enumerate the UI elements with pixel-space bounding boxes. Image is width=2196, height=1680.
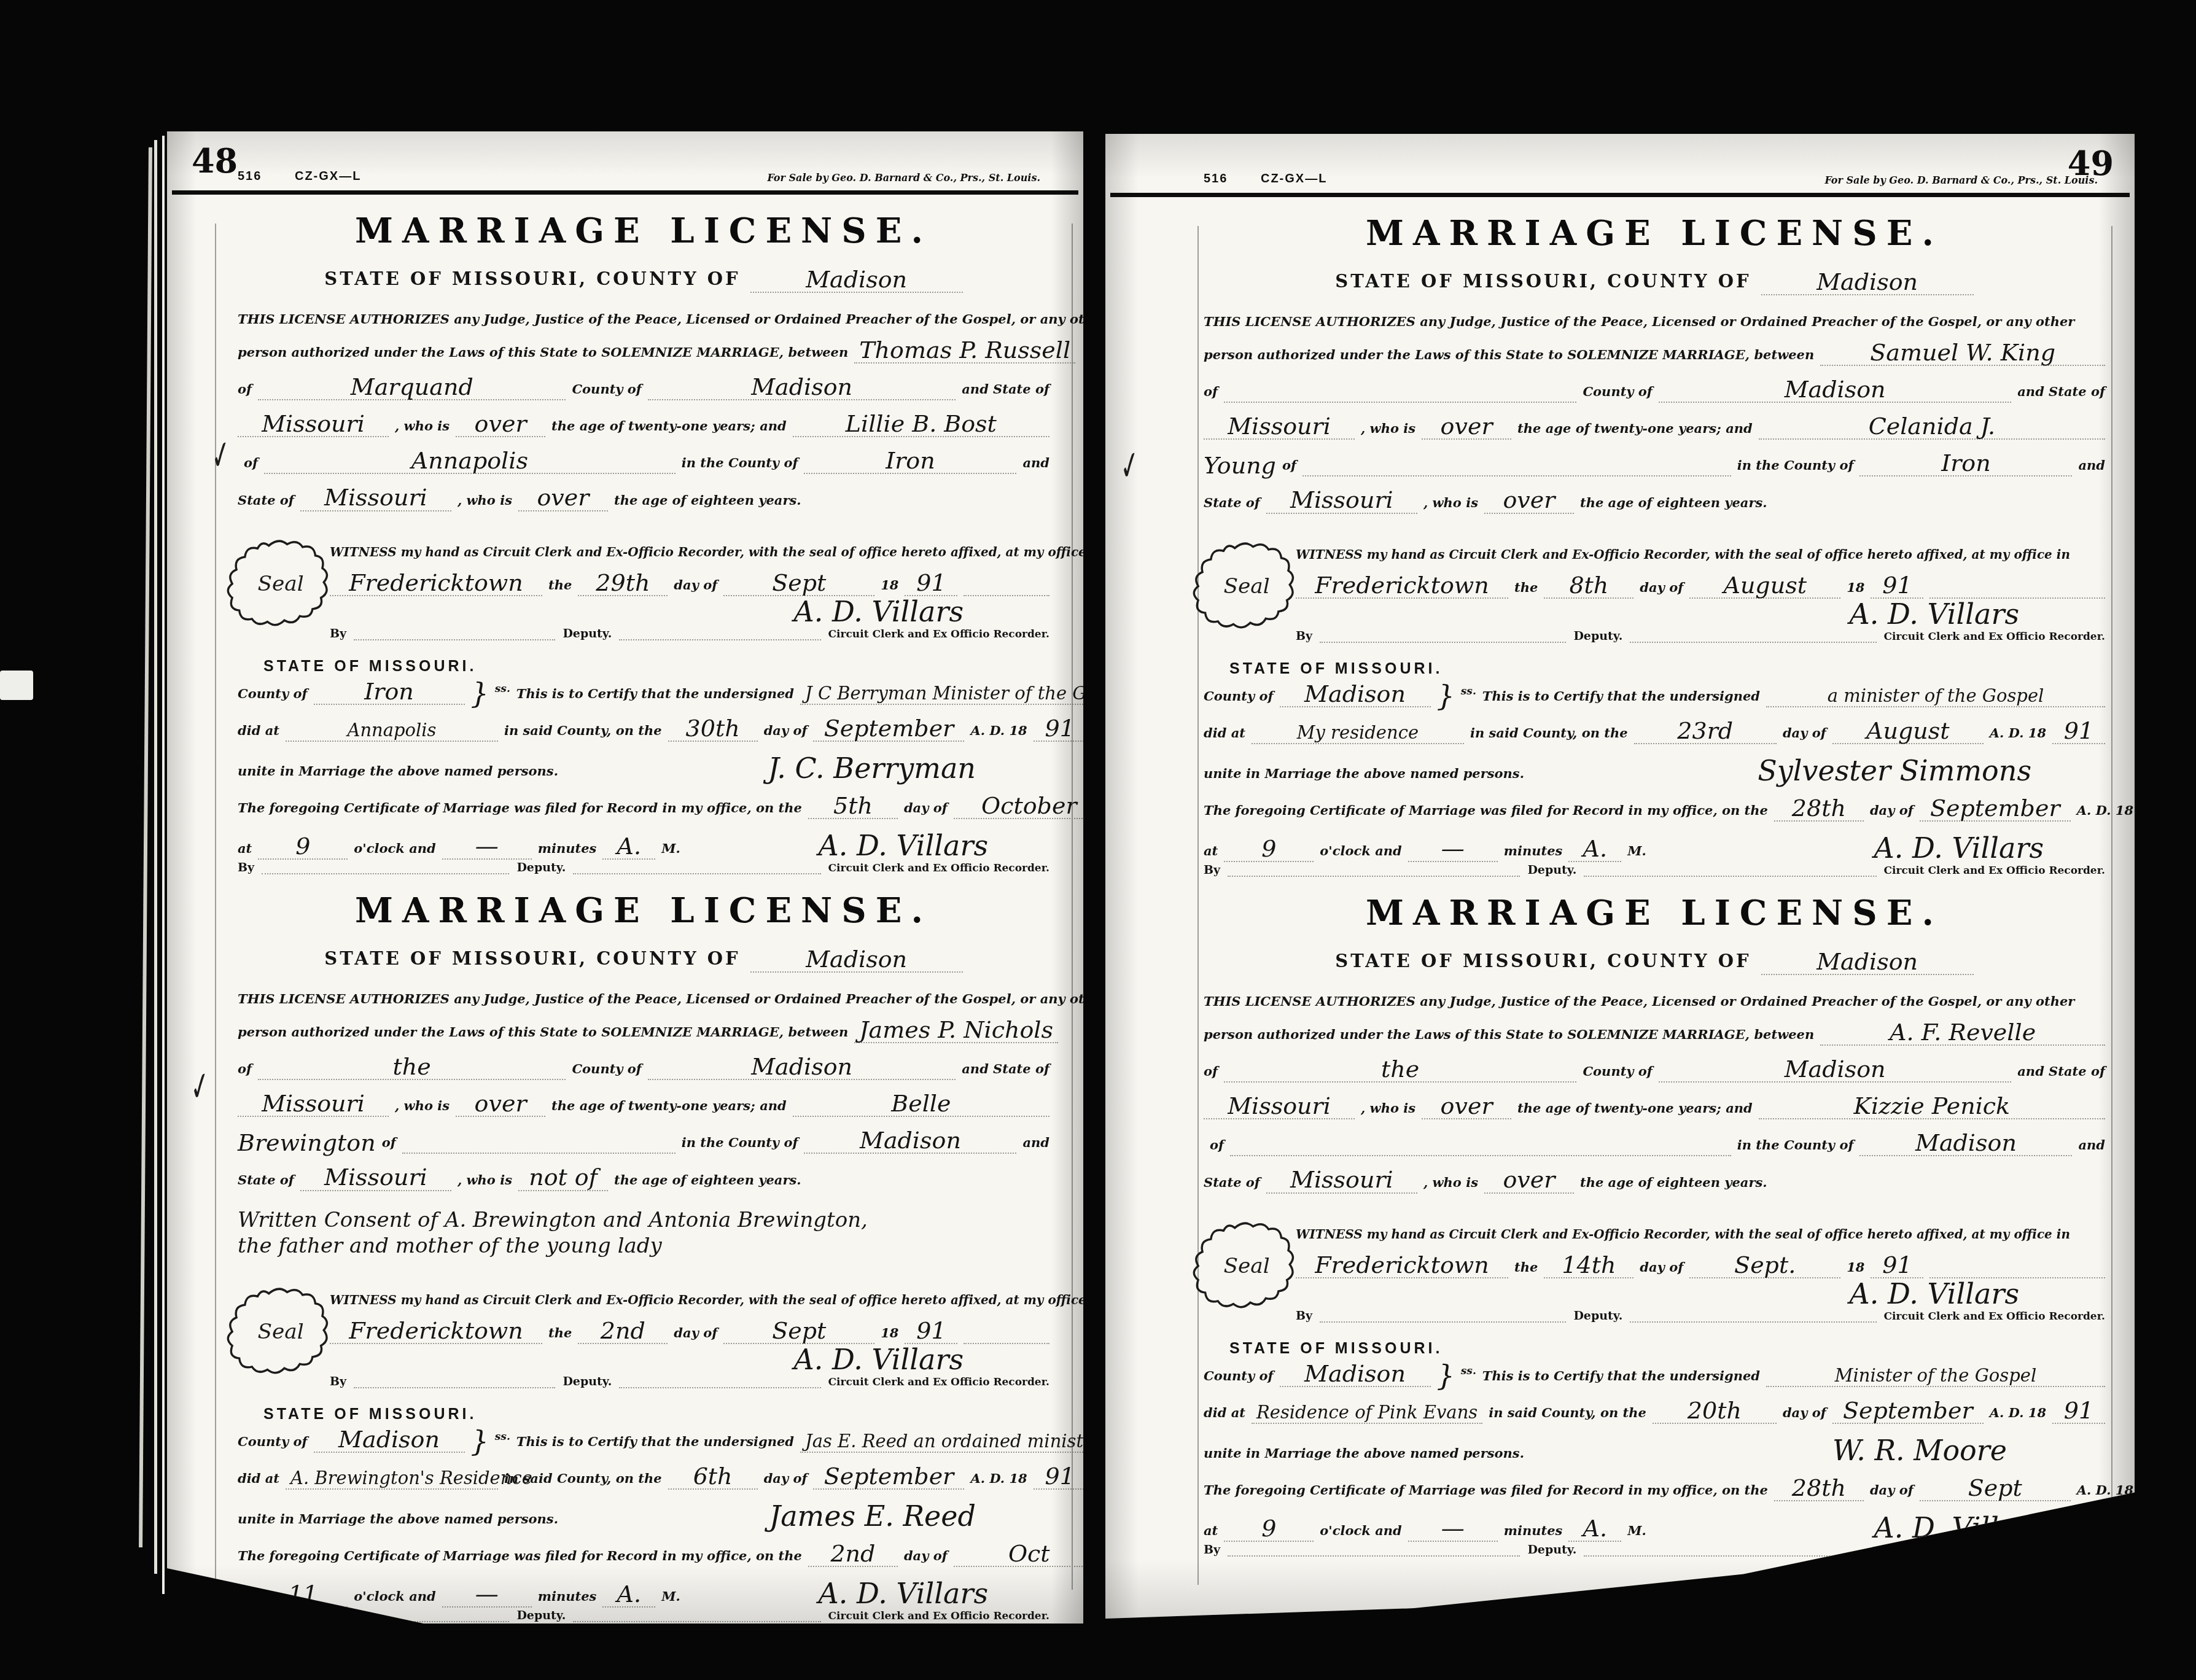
who-is-label: , who is: [395, 1098, 450, 1117]
bride-age-entry: over: [1484, 1169, 1574, 1193]
who-is-label: , who is: [457, 1172, 512, 1191]
in-said-county-label: in said County, on the: [504, 1471, 662, 1490]
bride-name-entry: Lillie B. Bost: [793, 413, 1049, 437]
marriage-month-entry: September: [813, 717, 964, 742]
did-at-label: did at: [1204, 1405, 1245, 1424]
book-page-left: 48 ✓ ✓ 516 CZ-GX—L For Sale by Geo. D. B…: [167, 131, 1083, 1624]
and-state-of-label: and State of: [962, 1061, 1049, 1080]
certificate-county-entry: Iron: [314, 680, 465, 705]
of-label: of: [238, 1061, 252, 1080]
authorizes-line: THIS LICENSE AUTHORIZES any Judge, Justi…: [1204, 314, 2105, 329]
meridiem-entry: A.: [1568, 838, 1621, 862]
age-18-label: the age of eighteen years.: [1580, 495, 1767, 514]
leader-line: [619, 636, 820, 640]
county-of-label: County of: [1583, 384, 1653, 403]
deputy-label: Deputy.: [1527, 1543, 1576, 1557]
witness-line: WITNESS my hand as Circuit Clerk and Ex-…: [330, 1293, 1049, 1307]
license-title: MARRIAGE LICENSE.: [238, 890, 1049, 931]
at-label: at: [1204, 1523, 1218, 1542]
deputy-label: Deputy.: [1573, 1309, 1622, 1323]
age-18-label: the age of eighteen years.: [614, 1172, 801, 1191]
m-label: M.: [661, 1589, 680, 1608]
authorizes-line: THIS LICENSE AUTHORIZES any Judge, Justi…: [1204, 994, 2105, 1009]
leader-line: [1630, 1318, 1876, 1323]
bride-county-entry: Iron: [1859, 452, 2072, 476]
filed-hour-entry: 9: [258, 835, 348, 860]
groom-state-entry: Missouri: [1204, 1095, 1355, 1119]
and-label: and: [1022, 1135, 1049, 1154]
clerk-title: Circuit Clerk and Ex Officio Recorder.: [828, 1610, 1049, 1622]
clerk-title: Circuit Clerk and Ex Officio Recorder.: [1884, 865, 2105, 877]
county-of-label: County of: [1583, 1064, 1653, 1083]
license-title: MARRIAGE LICENSE.: [1204, 213, 2105, 254]
header-rule: [172, 190, 1078, 195]
officiant-signature: James E. Reed: [769, 1502, 1049, 1530]
groom-age-entry: over: [1422, 415, 1511, 440]
certify-label: This is to Certify that the undersigned: [516, 1434, 794, 1453]
county-of-label: County of: [238, 1434, 308, 1453]
minutes-label: minutes: [1504, 843, 1563, 862]
page-edge-line: [139, 147, 152, 1547]
printer-credit: For Sale by Geo. D. Barnard & Co., Prs.,…: [767, 172, 1040, 184]
leader-line: [354, 636, 555, 640]
between-line: person authorized under the Laws of this…: [1204, 347, 1814, 366]
officiant-entry: Minister of the Gospel: [1766, 1367, 2105, 1387]
witness-year-entry: 91: [905, 1320, 957, 1344]
did-at-label: did at: [238, 723, 279, 742]
year-prefix: 18: [1847, 580, 1864, 599]
authorizes-line: THIS LICENSE AUTHORIZES any Judge, Justi…: [238, 311, 1049, 327]
groom-county-entry: Madison: [648, 1056, 956, 1080]
witness-month-entry: Sept: [723, 572, 874, 596]
oclock-label: o'clock and: [354, 841, 435, 860]
filed-month-entry: Oct: [954, 1542, 1083, 1567]
bride-residence-entry: [402, 1151, 676, 1154]
bride-name-overflow: Brewington: [238, 1132, 376, 1154]
by-label: By: [1204, 863, 1220, 877]
age-18-label: the age of eighteen years.: [1580, 1175, 1767, 1194]
filed-minutes-entry: —: [442, 1583, 532, 1608]
who-is-label: , who is: [1361, 421, 1415, 440]
officiant-entry: Jas E. Reed an ordained minister: [800, 1433, 1083, 1453]
leader-line: [262, 1618, 509, 1622]
year-prefix: 18: [881, 1325, 898, 1344]
witness-day-entry: 2nd: [578, 1320, 668, 1344]
certify-label: This is to Certify that the undersigned: [1482, 1368, 1760, 1387]
bride-county-entry: Madison: [1859, 1132, 2072, 1156]
marriage-day-entry: 30th: [668, 717, 758, 742]
groom-name-entry: James P. Nichols: [854, 1019, 1058, 1043]
oclock-label: o'clock and: [1320, 1523, 1401, 1542]
state-county-heading: STATE OF MISSOURI, COUNTY OF: [324, 948, 740, 973]
the-label: the: [1514, 1259, 1538, 1278]
meridiem-entry: A.: [602, 1583, 655, 1608]
deputy-label: Deputy.: [1573, 629, 1622, 643]
certificate-county-entry: Madison: [314, 1428, 465, 1453]
officiant-signature: J. C. Berryman: [768, 754, 1049, 782]
leader-line: [573, 1618, 820, 1622]
groom-age-entry: over: [456, 1092, 545, 1117]
the-label: the: [1514, 580, 1538, 599]
license-title: MARRIAGE LICENSE.: [238, 211, 1049, 251]
witness-line: WITNESS my hand as Circuit Clerk and Ex-…: [1296, 1227, 2105, 1242]
bride-residence-entry: Annapolis: [264, 449, 676, 474]
witness-day-entry: 14th: [1544, 1254, 1633, 1278]
day-of-label: day of: [904, 1548, 948, 1567]
groom-state-entry: Missouri: [238, 413, 389, 437]
of-label: of: [1282, 457, 1296, 476]
filed-month-entry: September: [1920, 797, 2071, 822]
county-entry: Madison: [1761, 271, 1974, 295]
bride-state-entry: Missouri: [1266, 1169, 1417, 1193]
filed-hour-entry: 9: [1224, 1517, 1314, 1542]
ad-prefix-label: A. D. 18: [2077, 803, 2133, 822]
clerk-title: Circuit Clerk and Ex Officio Recorder.: [828, 1376, 1049, 1388]
witness-place-entry: Fredericktown: [330, 572, 542, 596]
age-21-label: the age of twenty-one years; and: [551, 418, 787, 437]
filed-month-entry: Sept: [1920, 1477, 2071, 1501]
license-title: MARRIAGE LICENSE.: [1204, 893, 2105, 933]
state-county-heading: STATE OF MISSOURI, COUNTY OF: [324, 268, 740, 293]
ad-prefix-label: A. D. 18: [1990, 1405, 2046, 1424]
who-is-label: , who is: [1423, 495, 1478, 514]
leader-line: [262, 870, 509, 874]
who-is-label: , who is: [395, 418, 450, 437]
m-label: M.: [1627, 1523, 1646, 1542]
witness-place-entry: Fredericktown: [1296, 574, 1508, 599]
did-at-label: did at: [238, 1471, 279, 1490]
witness-year-entry: 91: [1871, 1254, 1923, 1278]
county-entry: Madison: [750, 268, 963, 293]
bride-state-entry: Missouri: [300, 1166, 451, 1191]
form-header: 516 CZ-GX—L For Sale by Geo. D. Barnard …: [1105, 134, 2135, 190]
day-of-label: day of: [904, 800, 948, 819]
marriage-year-entry: 91: [1034, 717, 1083, 742]
filed-day-entry: 28th: [1774, 797, 1864, 822]
witness-line: WITNESS my hand as Circuit Clerk and Ex-…: [330, 545, 1049, 559]
ss-label: ss.: [495, 1431, 510, 1453]
who-is-label: , who is: [1361, 1100, 1415, 1119]
filed-day-entry: 2nd: [808, 1542, 898, 1567]
form-stock-line: 516 CZ-GX—L: [238, 169, 361, 184]
age-21-label: the age of twenty-one years; and: [551, 1098, 787, 1117]
state-county-row: STATE OF MISSOURI, COUNTY OF Madison: [1204, 951, 2105, 975]
by-label: By: [238, 861, 254, 874]
day-of-label: day of: [1640, 580, 1683, 599]
county-entry: Madison: [1761, 951, 1974, 975]
state-county-row: STATE OF MISSOURI, COUNTY OF Madison: [238, 268, 1049, 293]
age-21-label: the age of twenty-one years; and: [1517, 421, 1753, 440]
witness-year-entry: 91: [1871, 574, 1923, 599]
groom-age-entry: over: [456, 413, 545, 437]
in-county-of-label: in the County of: [1737, 1137, 1854, 1156]
witness-month-entry: Sept: [723, 1320, 874, 1344]
form-code: CZ-GX—L: [1261, 172, 1327, 185]
state-of-label: State of: [1204, 1175, 1260, 1194]
in-county-of-label: in the County of: [1737, 457, 1854, 476]
county-of-label: County of: [572, 381, 642, 400]
bride-state-entry: Missouri: [300, 486, 451, 511]
groom-name-entry: Thomas P. Russell: [854, 339, 1075, 364]
clerk-title: Circuit Clerk and Ex Officio Recorder.: [828, 862, 1049, 874]
the-label: the: [548, 1325, 572, 1344]
unite-label: unite in Marriage the above named person…: [1204, 1445, 1524, 1464]
by-label: By: [238, 1609, 254, 1622]
state-of-label: State of: [238, 1172, 294, 1191]
witness-place-entry: Fredericktown: [330, 1320, 542, 1344]
in-said-county-label: in said County, on the: [504, 723, 662, 742]
leader-line: [619, 1384, 820, 1388]
bride-county-entry: Iron: [804, 449, 1016, 474]
witness-section: Seal WITNESS my hand as Circuit Clerk an…: [1204, 547, 2105, 643]
header-rule: [1110, 193, 2130, 197]
of-label: of: [1210, 1137, 1224, 1156]
marriage-year-entry: 91: [1034, 1465, 1083, 1490]
in-county-of-label: in the County of: [682, 1135, 798, 1154]
state-of-missouri-label: STATE OF MISSOURI.: [263, 1406, 1049, 1423]
groom-state-entry: Missouri: [1204, 415, 1355, 440]
groom-residence-entry: [1224, 400, 1576, 403]
of-label: of: [382, 1135, 396, 1154]
in-county-of-label: in the County of: [682, 455, 798, 474]
bride-name-entry: Kizzie Penick: [1759, 1095, 2105, 1119]
brace-glyph: }: [1437, 685, 1455, 707]
certify-label: This is to Certify that the undersigned: [1482, 688, 1760, 707]
consent-note-line: Written Consent of A. Brewington and Ant…: [238, 1207, 1049, 1234]
by-label: By: [330, 627, 346, 640]
leader-line: [1320, 639, 1566, 643]
filed-minutes-entry: —: [1408, 1517, 1498, 1542]
groom-name-entry: Samuel W. King: [1820, 341, 2105, 366]
leader-line: [1228, 1552, 1520, 1557]
state-county-row: STATE OF MISSOURI, COUNTY OF Madison: [238, 948, 1049, 973]
groom-residence-entry: the: [1224, 1058, 1576, 1083]
age-21-label: the age of twenty-one years; and: [1517, 1100, 1753, 1119]
marriage-month-entry: August: [1832, 720, 1984, 744]
marriage-license-record: MARRIAGE LICENSE. STATE OF MISSOURI, COU…: [1105, 213, 2135, 877]
minutes-label: minutes: [538, 1589, 597, 1608]
marriage-year-entry: 91: [2052, 1399, 2105, 1424]
groom-county-entry: Madison: [1659, 378, 2011, 403]
form-stock-line: 516 CZ-GX—L: [1204, 172, 1327, 186]
certificate-section: STATE OF MISSOURI. County of Iron } ss. …: [238, 658, 1049, 874]
witness-section: Seal WITNESS my hand as Circuit Clerk an…: [238, 545, 1049, 640]
page-number: 49: [2068, 144, 2114, 183]
bride-name-overflow: Young: [1204, 454, 1276, 476]
certificate-section: STATE OF MISSOURI. County of Madison } s…: [1204, 1340, 2105, 1557]
stock-number: 516: [238, 169, 262, 183]
filed-label: The foregoing Certificate of Marriage wa…: [238, 1548, 802, 1567]
leader-line: [964, 1340, 1049, 1344]
day-of-label: day of: [674, 1325, 717, 1344]
state-county-row: STATE OF MISSOURI, COUNTY OF Madison: [1204, 271, 2105, 295]
scan-artifact: [0, 671, 33, 700]
year-prefix: 18: [1847, 1259, 1864, 1278]
clerk-signature: A. D. Villars: [1874, 834, 2105, 862]
brace-glyph: }: [471, 1430, 489, 1453]
brace-glyph: }: [1437, 1364, 1455, 1387]
county-of-label: County of: [1204, 688, 1274, 707]
clerk-signature: A. D. Villars: [1849, 1280, 2019, 1308]
witness-month-entry: Sept.: [1689, 1254, 1840, 1278]
day-of-label: day of: [674, 577, 717, 596]
officiant-signature: W. R. Moore: [1832, 1436, 2105, 1464]
marriage-place-entry: My residence: [1252, 725, 1464, 744]
unite-label: unite in Marriage the above named person…: [238, 1511, 558, 1530]
marriage-year-entry: 91: [2052, 720, 2105, 744]
day-of-label: day of: [1783, 1405, 1826, 1424]
filed-label: The foregoing Certificate of Marriage wa…: [238, 800, 802, 819]
state-county-heading: STATE OF MISSOURI, COUNTY OF: [1335, 951, 1751, 975]
bride-county-entry: Madison: [804, 1129, 1016, 1154]
marriage-day-entry: 23rd: [1634, 720, 1777, 744]
bride-name-entry: Belle: [793, 1092, 1049, 1117]
marriage-license-record: MARRIAGE LICENSE. STATE OF MISSOURI, COU…: [1105, 893, 2135, 1557]
groom-county-entry: Madison: [648, 376, 956, 400]
m-label: M.: [661, 841, 680, 860]
state-county-heading: STATE OF MISSOURI, COUNTY OF: [1335, 271, 1751, 295]
certificate-county-entry: Madison: [1280, 1363, 1431, 1387]
who-is-label: , who is: [1423, 1175, 1478, 1194]
leader-line: [1630, 639, 1876, 643]
day-of-label: day of: [1870, 803, 1914, 822]
page-edge-line: [162, 136, 165, 1594]
marriage-place-entry: Annapolis: [286, 722, 498, 742]
seal-doodle: Seal: [1193, 1217, 1298, 1314]
witness-year-entry: 91: [905, 572, 957, 596]
groom-age-entry: over: [1422, 1095, 1511, 1119]
of-label: of: [244, 455, 258, 474]
brace-glyph: }: [471, 682, 489, 705]
ad-prefix-label: A. D. 18: [970, 723, 1027, 742]
seal-label: Seal: [257, 1320, 303, 1344]
filed-label: The foregoing Certificate of Marriage wa…: [1204, 803, 1768, 822]
bride-state-entry: Missouri: [1266, 489, 1417, 513]
county-of-label: County of: [1204, 1368, 1274, 1387]
did-at-label: did at: [1204, 725, 1245, 744]
state-of-label: State of: [1204, 495, 1260, 514]
deputy-label: Deputy.: [516, 1609, 566, 1622]
day-of-label: day of: [1870, 1482, 1914, 1501]
page-edge-line: [154, 140, 157, 1574]
and-label: and: [2078, 457, 2105, 476]
witness-section: Seal WITNESS my hand as Circuit Clerk an…: [238, 1293, 1049, 1388]
book-page-right: 49 ✓ 516 CZ-GX—L For Sale by Geo. D. Bar…: [1105, 134, 2135, 1619]
witness-line: WITNESS my hand as Circuit Clerk and Ex-…: [1296, 547, 2105, 562]
bride-age-entry: over: [1484, 489, 1574, 513]
stock-number: 516: [1204, 172, 1228, 185]
officiant-signature: Sylvester Simmons: [1758, 756, 2105, 785]
marriage-day-entry: 20th: [1653, 1399, 1777, 1424]
day-of-label: day of: [764, 723, 808, 742]
meridiem-entry: A.: [602, 835, 655, 860]
the-label: the: [548, 577, 572, 596]
page-number: 48: [192, 141, 238, 181]
between-line: person authorized under the Laws of this…: [238, 344, 848, 364]
clerk-title: Circuit Clerk and Ex Officio Recorder.: [1884, 1544, 2105, 1557]
bride-residence-entry: [1302, 474, 1731, 476]
clerk-title: Circuit Clerk and Ex Officio Recorder.: [828, 628, 1049, 640]
at-label: at: [238, 841, 252, 860]
and-label: and: [1022, 455, 1049, 474]
filed-hour-entry: 9: [1224, 838, 1314, 862]
leader-line: [1584, 1552, 1876, 1557]
witness-place-entry: Fredericktown: [1296, 1254, 1508, 1278]
county-entry: Madison: [750, 948, 963, 973]
witness-day-entry: 29th: [578, 572, 668, 596]
ss-label: ss.: [1461, 1365, 1476, 1387]
between-line: person authorized under the Laws of this…: [238, 1024, 848, 1043]
marriage-month-entry: September: [813, 1465, 964, 1490]
clerk-signature: A. D. Villars: [818, 1579, 1049, 1608]
by-label: By: [330, 1375, 346, 1388]
unite-label: unite in Marriage the above named person…: [238, 763, 558, 782]
at-label: at: [1204, 843, 1218, 862]
clerk-title: Circuit Clerk and Ex Officio Recorder.: [1884, 1310, 2105, 1323]
m-label: M.: [1627, 843, 1646, 862]
day-of-label: day of: [1640, 1259, 1683, 1278]
ad-prefix-label: A. D. 18: [2077, 1482, 2133, 1501]
oclock-label: o'clock and: [354, 1589, 435, 1608]
state-of-label: State of: [238, 492, 294, 511]
leader-line: [1320, 1318, 1566, 1323]
deputy-label: Deputy.: [1527, 863, 1576, 877]
seal-doodle: Seal: [227, 1283, 332, 1380]
seal-label: Seal: [1223, 574, 1269, 599]
bride-name-entry: Celanida J.: [1759, 415, 2105, 440]
officiant-entry: a minister of the Gospel: [1766, 688, 2105, 707]
groom-residence-entry: Marquand: [258, 376, 566, 400]
unite-label: unite in Marriage the above named person…: [1204, 766, 1524, 785]
clerk-signature: A. D. Villars: [818, 831, 1049, 860]
minutes-label: minutes: [1504, 1523, 1563, 1542]
by-label: By: [1296, 629, 1312, 643]
county-of-label: County of: [238, 686, 308, 705]
at-label: at: [238, 1589, 252, 1608]
marriage-month-entry: September: [1832, 1399, 1984, 1424]
in-said-county-label: in said County, on the: [1470, 725, 1628, 744]
groom-county-entry: Madison: [1659, 1058, 2011, 1083]
clerk-title: Circuit Clerk and Ex Officio Recorder.: [1884, 631, 2105, 643]
by-label: By: [1296, 1309, 1312, 1323]
filed-label: The foregoing Certificate of Marriage wa…: [1204, 1482, 1768, 1501]
seal-doodle: Seal: [1193, 537, 1298, 634]
consent-note-line: the father and mother of the young lady: [238, 1233, 1049, 1259]
form-code: CZ-GX—L: [295, 169, 361, 183]
age-18-label: the age of eighteen years.: [614, 492, 801, 511]
filed-day-entry: 28th: [1774, 1477, 1864, 1501]
state-of-missouri-label: STATE OF MISSOURI.: [263, 658, 1049, 675]
oclock-label: o'clock and: [1320, 843, 1401, 862]
year-prefix: 18: [881, 577, 898, 596]
form-header: 516 CZ-GX—L For Sale by Geo. D. Barnard …: [167, 131, 1083, 187]
marriage-license-record: MARRIAGE LICENSE. STATE OF MISSOURI, COU…: [167, 890, 1083, 1622]
officiant-entry: J C Berryman Minister of the Gospel: [800, 685, 1083, 705]
witness-month-entry: August: [1689, 574, 1840, 599]
printer-credit: For Sale by Geo. D. Barnard & Co., Prs.,…: [1824, 174, 2098, 186]
day-of-label: day of: [764, 1471, 808, 1490]
marriage-place-entry: Residence of Pink Evans: [1252, 1404, 1482, 1424]
filed-minutes-entry: —: [1408, 838, 1498, 862]
leader-line: [1228, 873, 1520, 877]
clerk-signature: A. D. Villars: [1849, 600, 2019, 628]
deputy-label: Deputy.: [563, 627, 612, 640]
authorizes-line: THIS LICENSE AUTHORIZES any Judge, Justi…: [238, 991, 1049, 1006]
groom-residence-entry: the: [258, 1056, 566, 1080]
and-label: and: [2078, 1137, 2105, 1156]
marriage-license-record: MARRIAGE LICENSE. STATE OF MISSOURI, COU…: [167, 211, 1083, 874]
state-of-missouri-label: STATE OF MISSOURI.: [1229, 1340, 2105, 1358]
